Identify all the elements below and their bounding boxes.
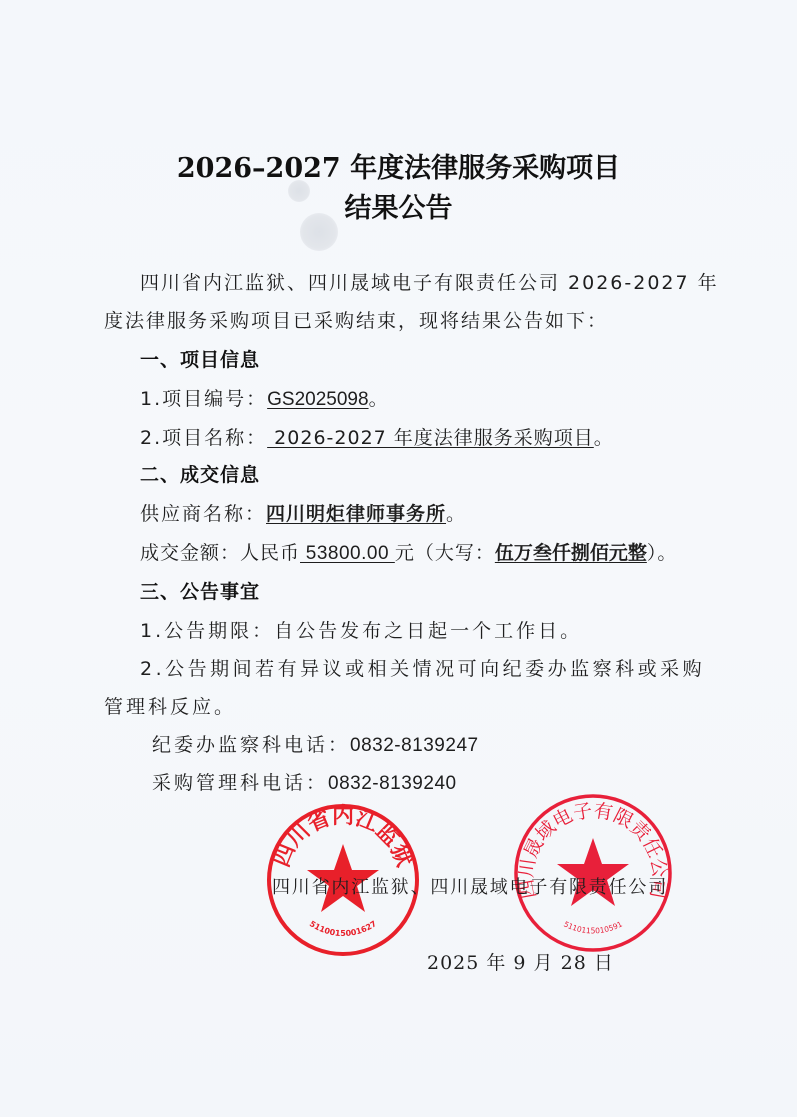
procurement-phone-value: 0832-8139240 <box>328 773 457 794</box>
project-name-row: 2.项目名称： 2026-2027 年度法律服务采购项目。 <box>140 423 615 450</box>
project-number-suffix: 。 <box>369 388 390 410</box>
amount-mid: 元（大写： <box>395 542 495 564</box>
procurement-phone-row: 采购管理科电话：0832-8139240 <box>152 768 457 795</box>
amount-label: 成交金额：人民币 <box>140 542 300 564</box>
project-number-value: GS2025098 <box>267 389 368 410</box>
supplier-label: 供应商名称： <box>140 503 266 525</box>
supplier-suffix: 。 <box>446 503 467 525</box>
intro-line2: 度法律服务采购项目已采购结束，现将结果公告如下： <box>104 306 608 333</box>
signing-parties: 四川省内江监狱、四川晟域电子有限责任公司 <box>272 873 668 899</box>
project-number-label: 1.项目编号： <box>140 388 267 410</box>
section-heading-deal-info: 二、成交信息 <box>140 460 260 487</box>
project-name-suffix: 。 <box>594 427 615 449</box>
supplier-value: 四川明炬律师事务所 <box>266 503 446 525</box>
project-number-row: 1.项目编号：GS2025098。 <box>140 384 390 411</box>
section-heading-project-info: 一、项目信息 <box>140 345 260 372</box>
document-page: 2026–2027 年度法律服务采购项目 结果公告 四川省内江监狱、四川晟域电子… <box>0 0 797 1117</box>
amount-row: 成交金额：人民币 53800.00 元（大写：伍万叁仟捌佰元整）。 <box>140 538 677 565</box>
document-title-line2: 结果公告 <box>0 186 797 225</box>
document-title-line1: 2026–2027 年度法律服务采购项目 <box>0 146 797 185</box>
intro-line1: 四川省内江监狱、四川晟域电子有限责任公司 2026-2027 年 <box>140 268 719 295</box>
supervision-phone-row: 纪委办监察科电话：0832-8139247 <box>152 730 479 757</box>
svg-text:5110115010591: 5110115010591 <box>562 919 624 935</box>
supervision-phone-label: 纪委办监察科电话： <box>152 734 350 756</box>
supplier-row: 供应商名称：四川明炬律师事务所。 <box>140 499 467 526</box>
objection-line1: 2.公告期间若有异议或相关情况可向纪委办监察科或采购 <box>140 654 705 681</box>
amount-words: 伍万叁仟捌佰元整 <box>495 542 647 564</box>
section-heading-notice-matters: 三、公告事宜 <box>140 577 260 604</box>
project-name-value: 2026-2027 年度法律服务采购项目 <box>267 427 594 449</box>
amount-value: 53800.00 <box>300 543 395 564</box>
supervision-phone-value: 0832-8139247 <box>350 735 479 756</box>
objection-line2: 管理科反应。 <box>104 692 236 719</box>
project-name-label: 2.项目名称： <box>140 427 267 449</box>
svg-text:5110015001627: 5110015001627 <box>308 919 378 938</box>
announcement-date: 2025 年 9 月 28 日 <box>427 948 614 975</box>
notice-period: 1.公告期限：自公告发布之日起一个工作日。 <box>140 616 582 643</box>
procurement-phone-label: 采购管理科电话： <box>152 772 328 794</box>
amount-suffix: ）。 <box>647 542 678 564</box>
